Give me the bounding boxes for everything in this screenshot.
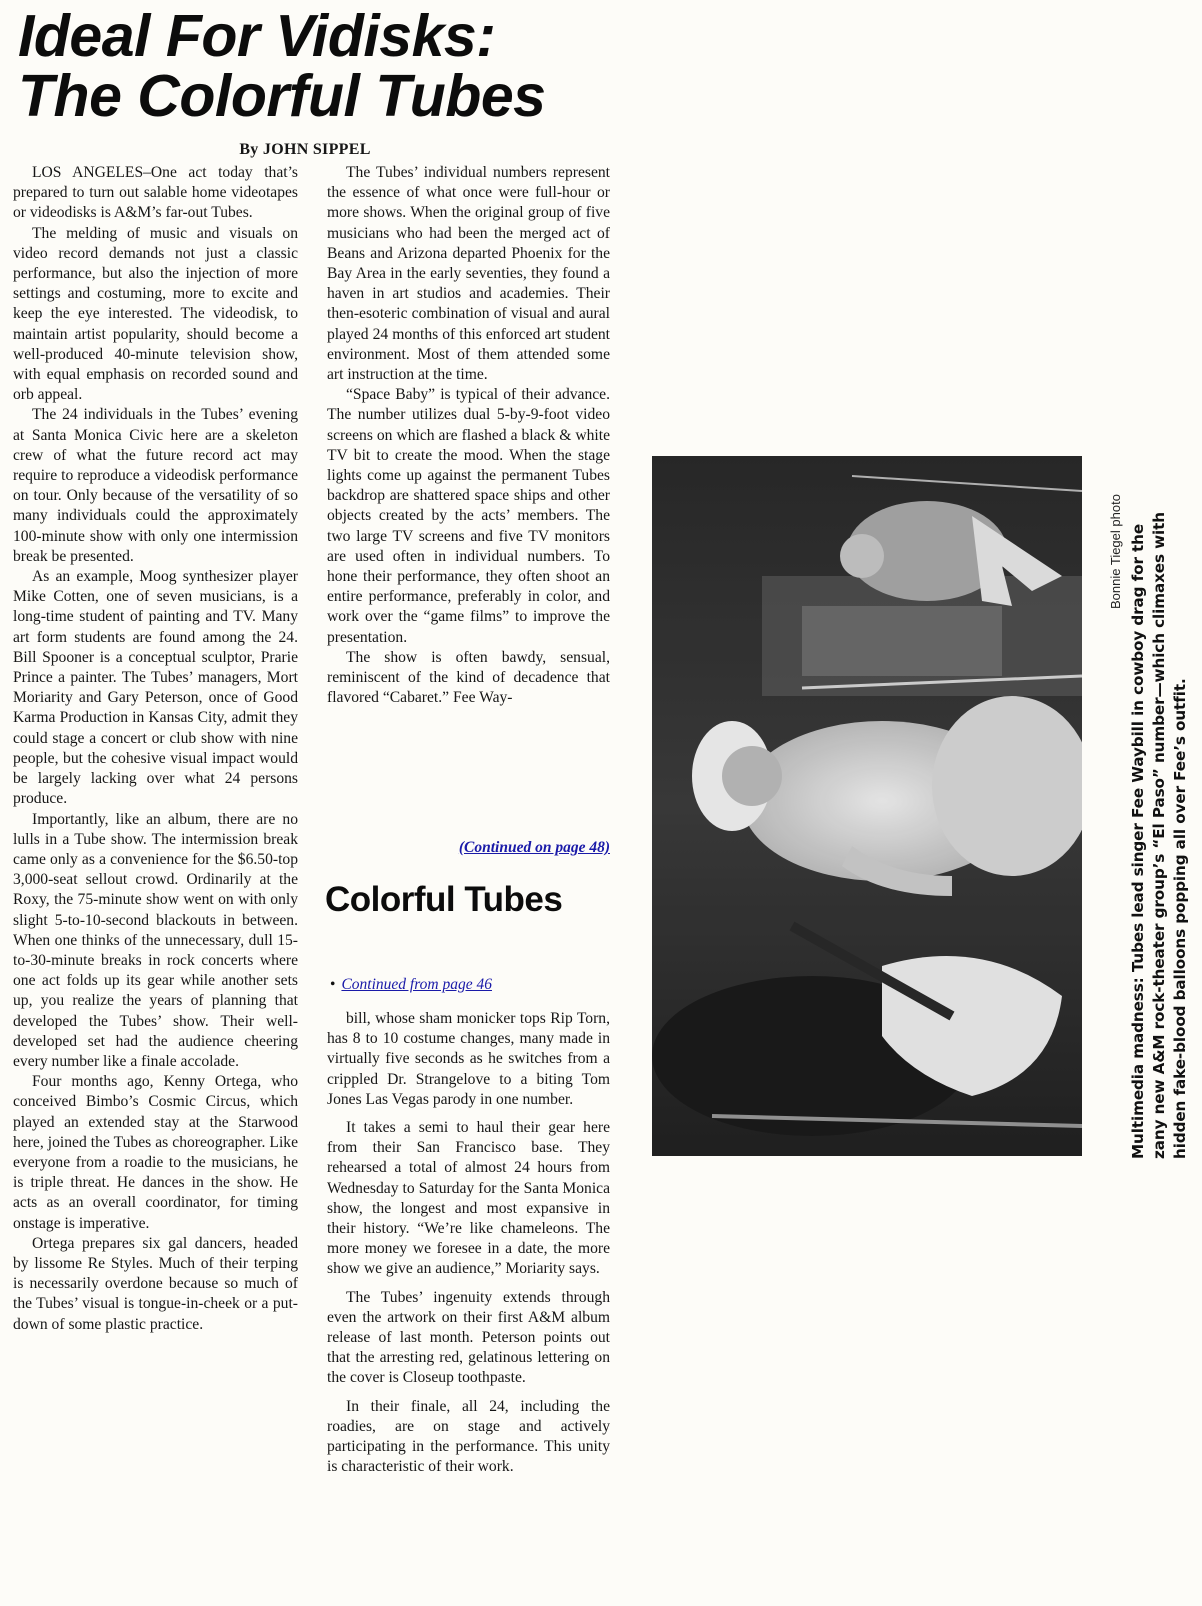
paragraph: It takes a semi to haul their gear here … <box>327 1118 610 1280</box>
article-column-2: The Tubes’ individual numbers represent … <box>327 163 610 708</box>
caption-line-2: zany new A&M rock-theater group’s “El Pa… <box>1149 447 1170 1159</box>
paragraph: The Tubes’ individual numbers represent … <box>327 163 610 385</box>
bullet-icon: • <box>330 976 335 993</box>
paragraph: As an example, Moog synthesizer player M… <box>13 567 298 809</box>
paragraph: Ortega prepares six gal dancers, headed … <box>13 1234 298 1335</box>
paragraph: Importantly, like an album, there are no… <box>13 810 298 1073</box>
continuation-subhead: Colorful Tubes <box>325 880 562 920</box>
concert-photo <box>652 456 1082 1156</box>
continued-on-link[interactable]: (Continued on page 48) <box>327 838 610 858</box>
continued-from-link[interactable]: Continued from page 46 <box>341 976 492 993</box>
paragraph: The show is often bawdy, sensual, remini… <box>327 648 610 709</box>
photo-credit-text: Bonnie Tiegel photo <box>1108 494 1124 609</box>
paragraph: The melding of music and visuals on vide… <box>13 224 298 406</box>
paragraph: In their finale, all 24, including the r… <box>327 1397 610 1478</box>
paragraph: The Tubes’ ingenuity extends through eve… <box>327 1288 610 1389</box>
paragraph: The 24 individuals in the Tubes’ evening… <box>13 405 298 567</box>
continued-from: •Continued from page 46 <box>330 975 492 995</box>
photo-caption: Multimedia madness: Tubes lead singer Fe… <box>1128 447 1196 1159</box>
paragraph: LOS ANGELES–One act today that’s prepare… <box>13 163 298 224</box>
photo-illustration <box>652 456 1082 1156</box>
photo-credit: Bonnie Tiegel photo <box>1108 447 1126 609</box>
article-column-1: LOS ANGELES–One act today that’s prepare… <box>13 163 298 1335</box>
continuation-column: bill, whose sham monicker tops Rip Torn,… <box>327 1009 610 1485</box>
caption-line-3: hidden fake-blood balloons popping all o… <box>1170 447 1191 1159</box>
headline: Ideal For Vidisks: The Colorful Tubes <box>18 6 545 126</box>
paragraph: “Space Baby” is typical of their advance… <box>327 385 610 648</box>
caption-line-1: Multimedia madness: Tubes lead singer Fe… <box>1128 447 1149 1159</box>
byline: By JOHN SIPPEL <box>0 140 610 160</box>
headline-line-1: Ideal For Vidisks: <box>18 6 545 66</box>
paragraph: bill, whose sham monicker tops Rip Torn,… <box>327 1009 610 1110</box>
paragraph: Four months ago, Kenny Ortega, who conce… <box>13 1072 298 1234</box>
headline-line-2: The Colorful Tubes <box>18 66 545 126</box>
